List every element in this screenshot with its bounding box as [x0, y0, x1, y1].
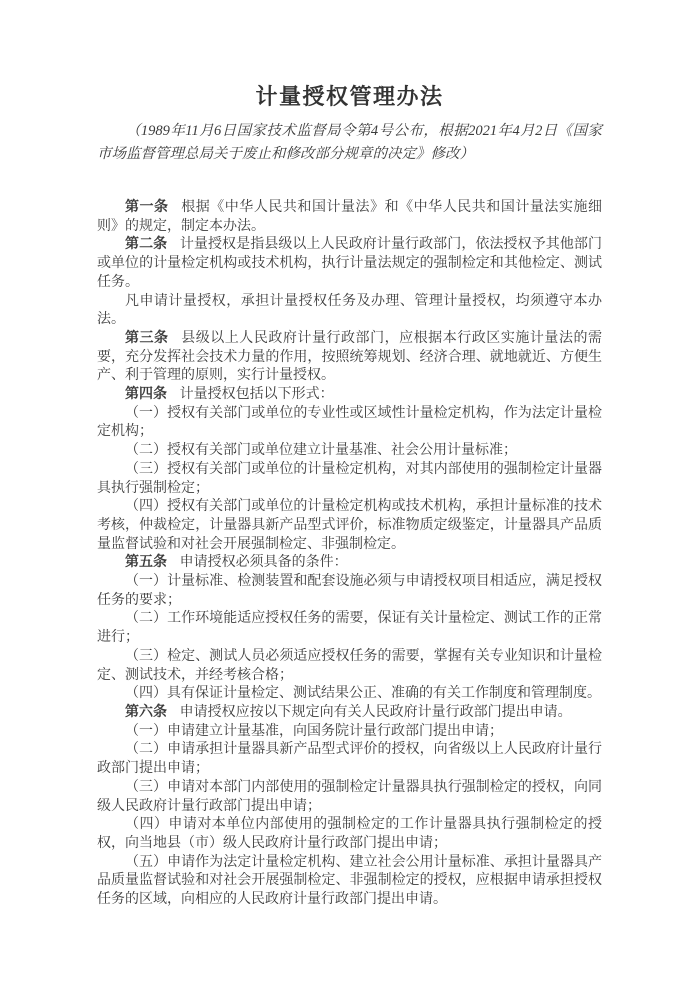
paragraph: （一）计量标准、检测装置和配套设施必须与申请授权项目相适应，满足授权任务的要求；	[97, 573, 602, 610]
paragraph-text: 计量授权包括以下形式：	[180, 387, 334, 402]
paragraph-text: （二）申请承担计量器具新产品型式评价的授权，向省级以上人民政府计量行政部门提出申…	[97, 742, 602, 776]
paragraph: 第六条申请授权应按以下规定向有关人民政府计量行政部门提出申请。	[97, 704, 602, 723]
paragraph-text: （二）授权有关部门或单位建立计量基准、社会公用计量标准；	[125, 443, 517, 458]
document-content: 计量授权管理办法 （1989年11月6日国家技术监督局令第4号公布，根据2021…	[97, 84, 602, 910]
paragraph-text: （一）授权有关部门或单位的专业性或区域性计量检定机构，作为法定计量检定机构；	[97, 406, 602, 440]
paragraph-text: （二）工作环境能适应授权任务的需要，保证有关计量检定、测试工作的正常进行；	[97, 611, 602, 645]
paragraph: （二）申请承担计量器具新产品型式评价的授权，向省级以上人民政府计量行政部门提出申…	[97, 741, 602, 778]
article-number: 第二条	[125, 237, 167, 252]
paragraph: 第四条计量授权包括以下形式：	[97, 386, 602, 405]
paragraph: （二）工作环境能适应授权任务的需要，保证有关计量检定、测试工作的正常进行；	[97, 610, 602, 647]
paragraph: 第三条县级以上人民政府计量行政部门，应根据本行政区实施计量法的需要，充分发挥社会…	[97, 330, 602, 386]
document-body: 第一条根据《中华人民共和国计量法》和《中华人民共和国计量法实施细则》的规定，制定…	[97, 199, 602, 910]
document-page: 计量授权管理办法 （1989年11月6日国家技术监督局令第4号公布，根据2021…	[0, 0, 700, 990]
paragraph: （三）授权有关部门或单位的计量检定机构，对其内部使用的强制检定计量器具执行强制检…	[97, 461, 602, 498]
document-subtitle: （1989年11月6日国家技术监督局令第4号公布，根据2021年4月2日《国家市…	[97, 120, 602, 166]
paragraph: （三）申请对本部门内部使用的强制检定计量器具执行强制检定的授权，向同级人民政府计…	[97, 779, 602, 816]
paragraph-text: （四）授权有关部门或单位的计量检定机构或技术机构，承担计量标准的技术考核，仲裁检…	[97, 499, 602, 551]
paragraph-text: 县级以上人民政府计量行政部门，应根据本行政区实施计量法的需要，充分发挥社会技术力…	[97, 331, 602, 383]
paragraph: （一）授权有关部门或单位的专业性或区域性计量检定机构，作为法定计量检定机构；	[97, 405, 602, 442]
paragraph: （四）授权有关部门或单位的计量检定机构或技术机构，承担计量标准的技术考核，仲裁检…	[97, 498, 602, 554]
paragraph-text: （三）申请对本部门内部使用的强制检定计量器具执行强制检定的授权，向同级人民政府计…	[97, 780, 602, 814]
paragraph-text: （三）检定、测试人员必须适应授权任务的需要，掌握有关专业知识和计量检定、测试技术…	[97, 649, 602, 683]
paragraph-text: （四）具有保证计量检定、测试结果公正、准确的有关工作制度和管理制度。	[125, 686, 601, 701]
paragraph: 第二条计量授权是指县级以上人民政府计量行政部门，依法授权予其他部门或单位的计量检…	[97, 236, 602, 292]
document-title: 计量授权管理办法	[97, 84, 602, 110]
paragraph-text: 计量授权是指县级以上人民政府计量行政部门，依法授权予其他部门或单位的计量检定机构…	[97, 237, 602, 289]
paragraph: （三）检定、测试人员必须适应授权任务的需要，掌握有关专业知识和计量检定、测试技术…	[97, 648, 602, 685]
paragraph-text: 申请授权应按以下规定向有关人民政府计量行政部门提出申请。	[180, 705, 572, 720]
article-number: 第一条	[125, 200, 169, 215]
article-number: 第六条	[125, 705, 167, 720]
paragraph-text: （一）申请建立计量基准，向国务院计量行政部门提出申请；	[125, 724, 503, 739]
paragraph-text: 申请授权必须具备的条件：	[180, 555, 348, 570]
paragraph: （一）申请建立计量基准，向国务院计量行政部门提出申请；	[97, 723, 602, 742]
paragraph: （四）申请对本单位内部使用的强制检定的工作计量器具执行强制检定的授权，向当地县（…	[97, 816, 602, 853]
paragraph-text: （五）申请作为法定计量检定机构、建立社会公用计量标准、承担计量器具产品质量监督试…	[97, 855, 602, 907]
article-number: 第三条	[125, 331, 169, 346]
paragraph: （四）具有保证计量检定、测试结果公正、准确的有关工作制度和管理制度。	[97, 685, 602, 704]
paragraph-text: （一）计量标准、检测装置和配套设施必须与申请授权项目相适应，满足授权任务的要求；	[97, 574, 602, 608]
paragraph: 凡申请计量授权，承担计量授权任务及办理、管理计量授权，均须遵守本办法。	[97, 293, 602, 330]
paragraph: 第五条申请授权必须具备的条件：	[97, 554, 602, 573]
article-number: 第五条	[125, 555, 167, 570]
article-number: 第四条	[125, 387, 167, 402]
paragraph-text: （三）授权有关部门或单位的计量检定机构，对其内部使用的强制检定计量器具执行强制检…	[97, 462, 602, 496]
paragraph-text: 根据《中华人民共和国计量法》和《中华人民共和国计量法实施细则》的规定，制定本办法…	[97, 200, 602, 234]
paragraph-text: （四）申请对本单位内部使用的强制检定的工作计量器具执行强制检定的授权，向当地县（…	[97, 817, 602, 851]
paragraph: （二）授权有关部门或单位建立计量基准、社会公用计量标准；	[97, 442, 602, 461]
paragraph: 第一条根据《中华人民共和国计量法》和《中华人民共和国计量法实施细则》的规定，制定…	[97, 199, 602, 236]
paragraph: （五）申请作为法定计量检定机构、建立社会公用计量标准、承担计量器具产品质量监督试…	[97, 854, 602, 910]
paragraph-text: 凡申请计量授权，承担计量授权任务及办理、管理计量授权，均须遵守本办法。	[97, 294, 602, 328]
